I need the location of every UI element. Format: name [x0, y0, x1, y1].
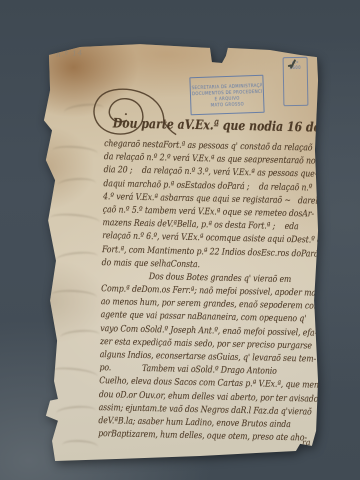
pencil-annotation: n.º 14 [56, 49, 84, 59]
manuscript-text-block: Dou parte aV.Ex.ª que nodia 16 doCorrent… [91, 112, 358, 447]
verso-bleed-mark [50, 366, 99, 383]
archive-stamp: SECRETARIA DE ADMINISTRAÇÃODOCUMENTOS DE… [189, 75, 264, 116]
corner-stamp: n.º5600 [283, 57, 309, 106]
verso-bleed-mark [58, 177, 97, 191]
manuscript-page-wrapper: n.º 14 SECRETARIA DE ADMINISTRAÇÃODOCUME… [0, 0, 360, 480]
archive-stamp-text: MATO GROSSO [192, 100, 262, 107]
verso-bleed-mark [56, 250, 99, 266]
photo-background: n.º 14 SECRETARIA DE ADMINISTRAÇÃODOCUME… [0, 0, 360, 480]
manuscript-page: n.º 14 SECRETARIA DE ADMINISTRAÇÃODOCUME… [40, 42, 320, 461]
verso-bleed-mark [52, 144, 99, 159]
verso-bleed-mark [51, 289, 98, 303]
verso-bleed-mark [56, 405, 97, 420]
verso-bleed-mark [50, 212, 101, 228]
manuscript-body: chegaraõ nestaFort.ª as pessoas q' const… [91, 138, 355, 447]
catchword: ra [302, 438, 311, 447]
manuscript-heading: Dou parte aV.Ex.ª que nodia 16 doCorrent… [97, 112, 316, 141]
